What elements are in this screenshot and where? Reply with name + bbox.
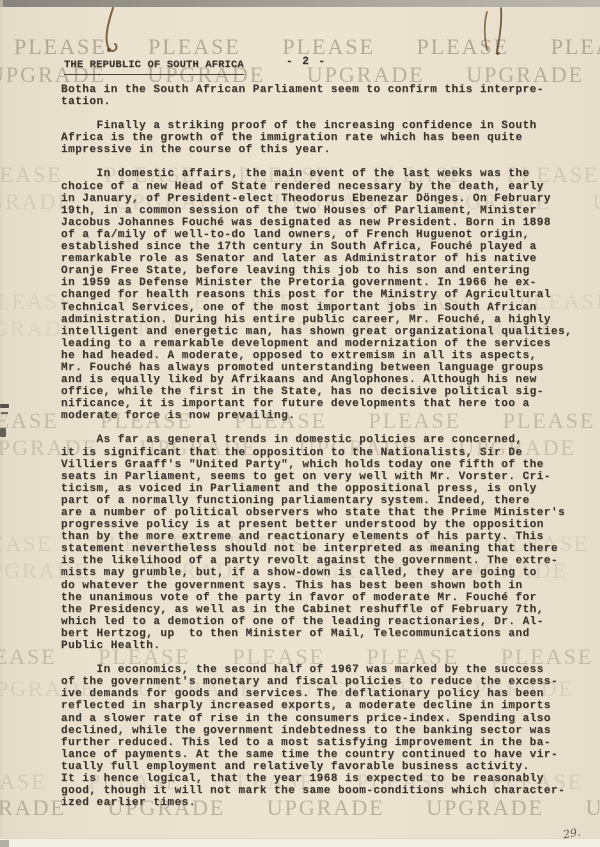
text-line: which led to a demotion of one of the le… [61, 616, 581, 628]
text-line: ized earlier times. [61, 797, 581, 809]
text-line: impressive in the course of this year. [61, 144, 581, 156]
text-line: declined, while the government indebtedn… [61, 725, 581, 737]
text-line: office, while the first in the State, ha… [61, 386, 581, 398]
text-line: It is hence logical, that the year 1968 … [61, 773, 581, 785]
text-line: than by the more extreme and reactionary… [61, 531, 581, 543]
text-line: established since the 17th century in So… [61, 241, 581, 253]
text-line: of the government's monetary and fiscal … [61, 676, 581, 688]
text-line: mists may grumble, but, if a show-down i… [61, 567, 581, 579]
text-line: remarkable role as Senator and later as … [61, 253, 581, 265]
document-header: THE REPUBLIC OF SOUTH AFRICA - 2 - [64, 54, 584, 75]
text-line: changed for health reasons this post for… [61, 289, 581, 301]
text-line: lance of payments. At the same time the … [61, 749, 581, 761]
body-paragraph: In economics, the second half of 1967 wa… [61, 664, 581, 809]
body-paragraph: In domestic affairs, the main event of t… [61, 168, 581, 422]
text-line: reflected in sharply increased exports, … [61, 700, 581, 712]
body-paragraph: Finally a striking proof of the increasi… [61, 120, 581, 156]
text-line: ticism, as voiced in Parliament and the … [61, 483, 581, 495]
text-line: choice of a new Head of State rendered n… [61, 181, 581, 193]
text-line: ive demands for goods and services. The … [61, 688, 581, 700]
text-line: tation. [61, 96, 581, 108]
text-line: and is equally liked by Afrikaans and An… [61, 374, 581, 386]
text-line: Africa is the growth of the immigration … [61, 132, 581, 144]
text-line: he had headed. A moderate, opposed to ex… [61, 350, 581, 362]
text-line: intelligent and energetic man, has shown… [61, 326, 581, 338]
text-line: are a number of political observers who … [61, 507, 581, 519]
text-line: Mr. Fouché has always promoted unterstan… [61, 362, 581, 374]
text-line: Public Health. [61, 640, 581, 652]
text-line: leading to a remarkable development and … [61, 338, 581, 350]
text-line: Jacobus Johannes Fouché was designated a… [61, 217, 581, 229]
text-line: statement nevertheless should not be int… [61, 543, 581, 555]
page-number: - 2 - [286, 56, 327, 68]
text-line: seats in Parliament, seems to get on ver… [61, 471, 581, 483]
text-line: in 1959 as Defense Minister the Pretoria… [61, 277, 581, 289]
text-line: In economics, the second half of 1967 wa… [61, 664, 581, 676]
text-line: As far as general trends in domestic pol… [61, 434, 581, 446]
body-paragraph: Botha in the South African Parliament se… [61, 84, 581, 108]
body-paragraph: As far as general trends in domestic pol… [61, 434, 581, 652]
text-line: in January, of President-elect Theodorus… [61, 193, 581, 205]
text-line: it is significant that the opposition to… [61, 447, 581, 459]
text-line: Botha in the South African Parliament se… [61, 84, 581, 96]
text-line: and a slower rate of rise in the consume… [61, 713, 581, 725]
text-line: the Presidency, as well as in the Cabine… [61, 604, 581, 616]
text-line: 19th, in a common session of the two Hou… [61, 205, 581, 217]
scan-corner-smudge [0, 840, 9, 847]
text-line: Technical Services, one of the most impo… [61, 302, 581, 314]
text-line: moderate force is now prevailing. [61, 410, 581, 422]
fiber-stain-left [98, 7, 126, 57]
text-line: administration. During his entire public… [61, 314, 581, 326]
text-line: progressive policy is at present better … [61, 519, 581, 531]
text-line: Villiers Graaff's "United Party", which … [61, 459, 581, 471]
text-line: of a fa/mily of well-to-do land owners, … [61, 229, 581, 241]
text-line: part of a normally functioning parliamen… [61, 495, 581, 507]
text-line: tually full employment and relatively fa… [61, 761, 581, 773]
text-line: further reduced. This led to a most sati… [61, 737, 581, 749]
text-line: is the likelihood of a party revolt agai… [61, 555, 581, 567]
text-line: Finally a striking proof of the increasi… [61, 120, 581, 132]
text-line: In domestic affairs, the main event of t… [61, 168, 581, 180]
page-title: THE REPUBLIC OF SOUTH AFRICA [64, 59, 244, 75]
document-body: Botha in the South African Parliament se… [61, 84, 581, 821]
text-line: good, though it will not mark the same b… [61, 785, 581, 797]
text-line: Oranje Free State, before leaving this j… [61, 265, 581, 277]
text-line: bert Hertzog, up to then Minister of Mai… [61, 628, 581, 640]
scan-edge-bottom [0, 838, 600, 847]
text-line: do whatever the government says. This ha… [61, 580, 581, 592]
scan-edge-left [0, 0, 3, 847]
text-line: nificance, it is important for future de… [61, 398, 581, 410]
fiber-stain-right [478, 6, 510, 58]
scan-edge-top [0, 0, 600, 7]
text-line: the unanimous vote of the party in favor… [61, 592, 581, 604]
scanned-document-page: PLEASE PLEASE PLEASE PLEASE PLEASE PLEAS… [0, 0, 600, 847]
